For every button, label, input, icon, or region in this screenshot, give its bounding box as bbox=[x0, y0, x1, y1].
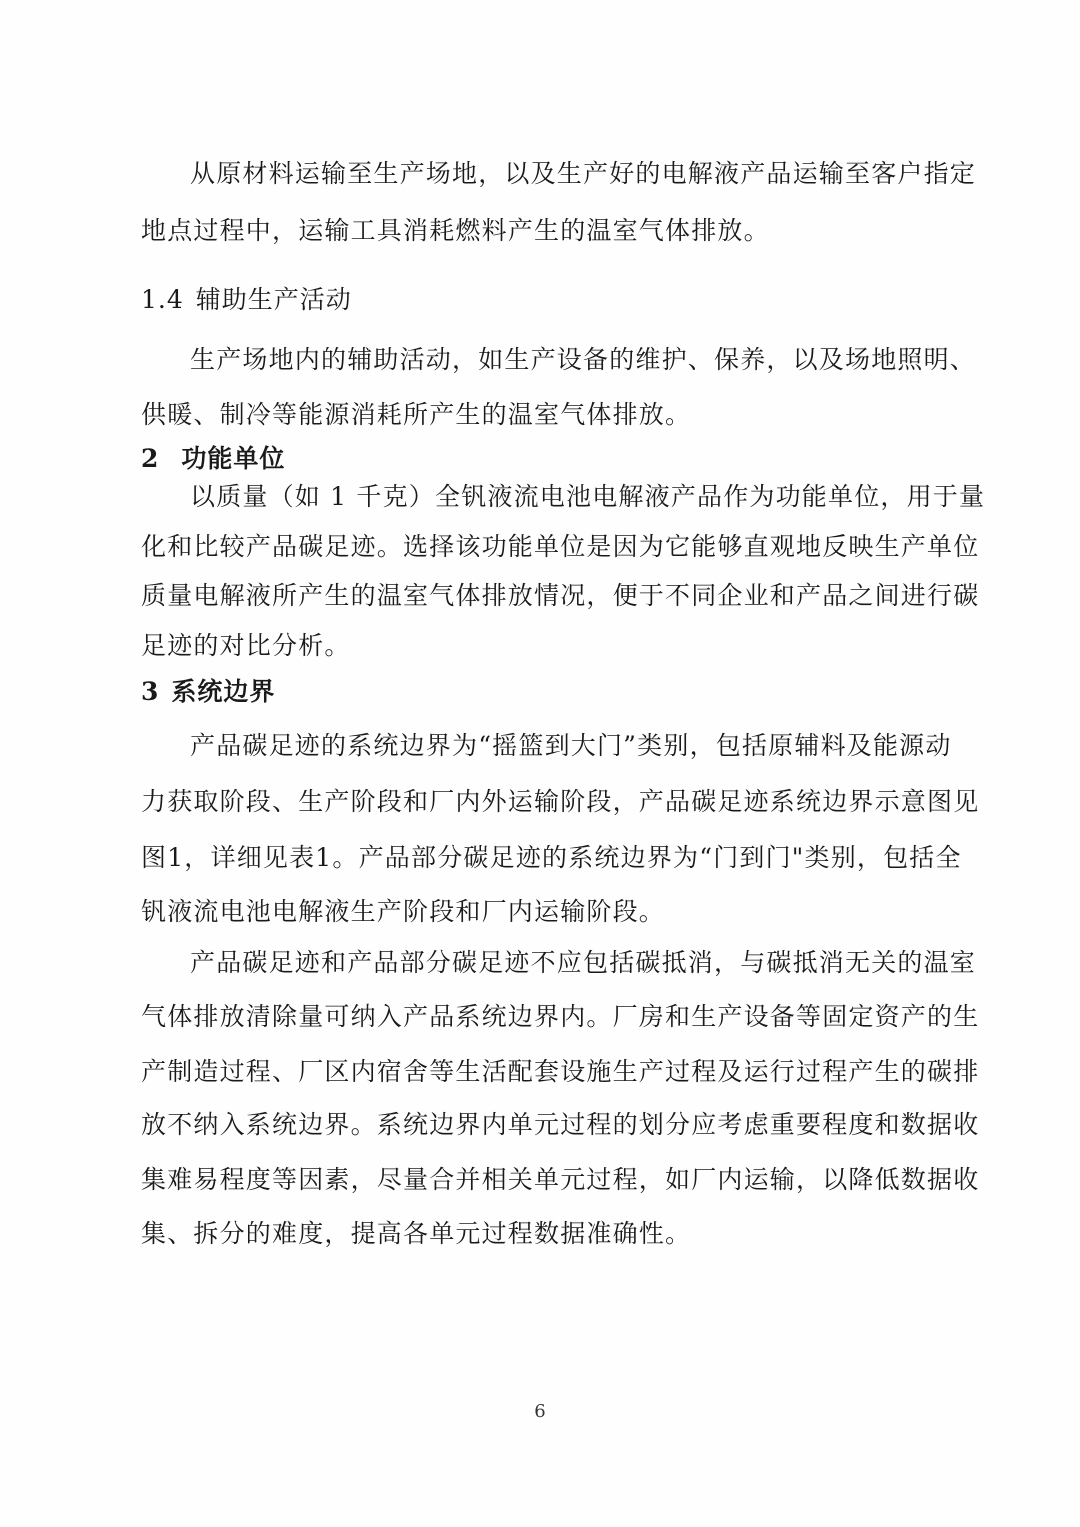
paragraph-line: 产品碳足迹的系统边界为“摇篮到大门”类别，包括原辅料及能源动 bbox=[190, 730, 941, 762]
paragraph-line: 足迹的对比分析。 bbox=[141, 630, 941, 662]
paragraph-line: 力获取阶段、生产阶段和厂内外运输阶段，产品碳足迹系统边界示意图见 bbox=[141, 786, 941, 818]
paragraph-line: 以质量（如 1 千克）全钒液流电池电解液产品作为功能单位，用于量 bbox=[190, 481, 941, 513]
section-heading-3: 3系统边界 bbox=[141, 676, 275, 708]
paragraph-line: 放不纳入系统边界。系统边界内单元过程的划分应考虑重要程度和数据收 bbox=[141, 1109, 941, 1141]
section-number: 1.4 bbox=[141, 284, 184, 316]
paragraph-line: 质量电解液所产生的温室气体排放情况，便于不同企业和产品之间进行碳 bbox=[141, 580, 941, 612]
section-heading-2: 2功能单位 bbox=[141, 443, 285, 475]
paragraph-line: 地点过程中，运输工具消耗燃料产生的温室气体排放。 bbox=[141, 215, 941, 247]
paragraph-line: 产制造过程、厂区内宿舍等生活配套设施生产过程及运行过程产生的碳排 bbox=[141, 1056, 941, 1088]
section-title: 功能单位 bbox=[181, 444, 285, 473]
section-heading-1-4: 1.4辅助生产活动 bbox=[141, 284, 352, 316]
paragraph-line: 产品碳足迹和产品部分碳足迹不应包括碳抵消，与碳抵消无关的温室 bbox=[190, 947, 941, 979]
paragraph-line: 图1，详细见表1。产品部分碳足迹的系统边界为“门到门"类别，包括全 bbox=[141, 842, 941, 874]
paragraph-line: 集难易程度等因素，尽量合并相关单元过程，如厂内运输，以降低数据收 bbox=[141, 1164, 941, 1196]
section-title: 系统边界 bbox=[171, 677, 275, 706]
section-number: 3 bbox=[141, 676, 159, 708]
paragraph-line: 钒液流电池电解液生产阶段和厂内运输阶段。 bbox=[141, 896, 941, 928]
paragraph-line: 气体排放清除量可纳入产品系统边界内。厂房和生产设备等固定资产的生 bbox=[141, 1001, 941, 1033]
paragraph-line: 供暖、制冷等能源消耗所产生的温室气体排放。 bbox=[141, 399, 941, 431]
paragraph-line: 从原材料运输至生产场地，以及生产好的电解液产品运输至客户指定 bbox=[190, 158, 941, 190]
paragraph-line: 化和比较产品碳足迹。选择该功能单位是因为它能够直观地反映生产单位 bbox=[141, 531, 941, 563]
paragraph-line: 生产场地内的辅助活动，如生产设备的维护、保养，以及场地照明、 bbox=[190, 344, 941, 376]
section-number: 2 bbox=[141, 443, 159, 475]
section-title: 辅助生产活动 bbox=[196, 285, 352, 314]
document-page: 从原材料运输至生产场地，以及生产好的电解液产品运输至客户指定 地点过程中，运输工… bbox=[0, 0, 1080, 1527]
paragraph-line: 集、拆分的难度，提高各单元过程数据准确性。 bbox=[141, 1218, 941, 1250]
page-number: 6 bbox=[0, 1400, 1080, 1424]
